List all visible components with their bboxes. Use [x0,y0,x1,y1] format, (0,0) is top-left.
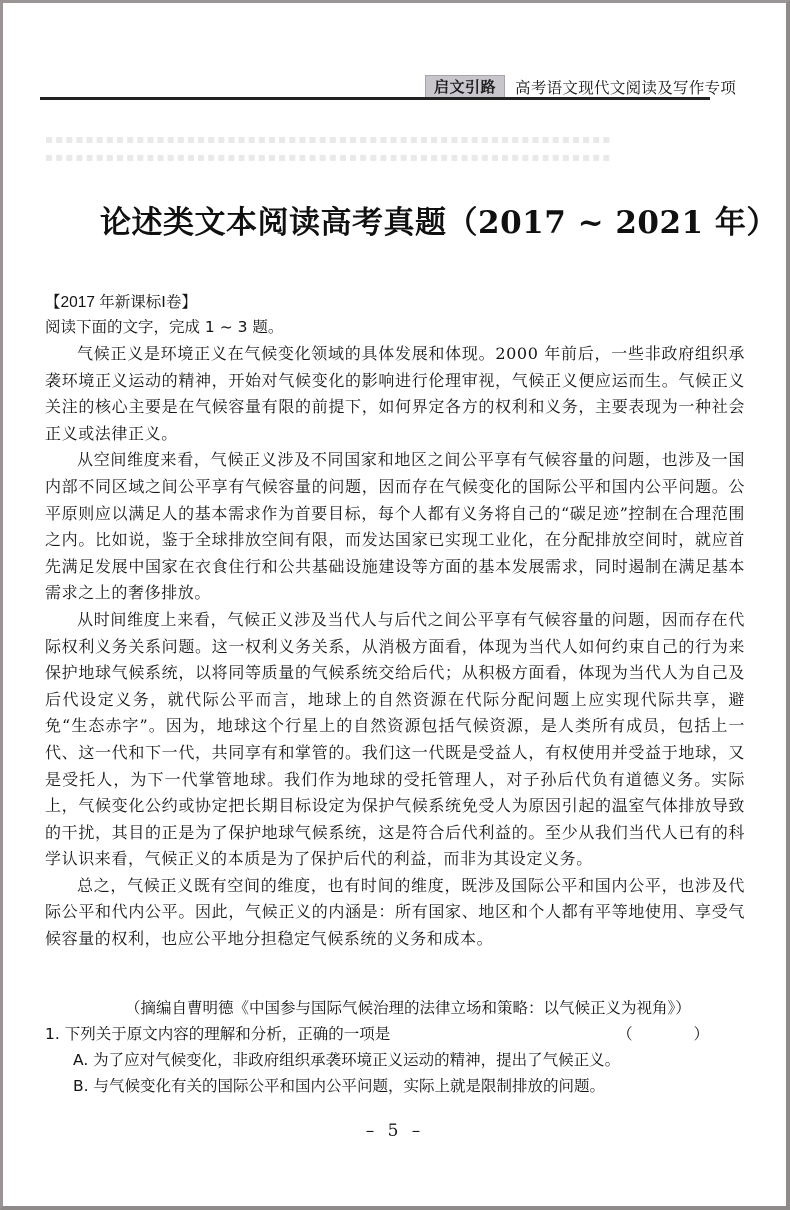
show-through-text: ▪▪▪▪▪▪▪▪▪▪▪▪▪▪▪▪▪▪▪▪▪▪▪▪▪▪▪▪▪▪▪▪▪▪▪▪▪▪▪▪… [45,132,745,144]
exam-source-tag: 【2017 年新课标Ⅰ卷】 [45,290,197,312]
question-1: 1. 下列关于原文内容的理解和分析，正确的一项是 （ ） A. 为了应对气候变化… [45,1022,745,1100]
header-rule [40,97,710,100]
show-through-text: ▪▪▪▪▪▪▪▪▪▪▪▪▪▪▪▪▪▪▪▪▪▪▪▪▪▪▪▪▪▪▪▪▪▪▪▪▪▪▪▪… [45,150,745,162]
document-title: 论述类文本阅读高考真题（2017 ~ 2021 年） [100,197,778,242]
article-citation: （摘编自曹明德《中国参与国际气候治理的法律立场和策略：以气候正义为视角》） [125,996,691,1018]
series-badge: 启文引路 [425,75,505,99]
option-b: B. 与气候变化有关的国际公平和国内公平问题，实际上就是限制排放的问题。 [45,1074,745,1100]
article-paragraph: 从时间维度上来看，气候正义涉及当代人与后代之间公平享有气候容量的问题，因而存在代… [45,607,745,873]
running-header: 启文引路 高考语文现代文阅读及写作专项 [425,75,736,99]
answer-blank: （ ） [617,1022,745,1048]
page-number: – 5 – [0,1121,790,1141]
question-stem-row: 1. 下列关于原文内容的理解和分析，正确的一项是 （ ） [45,1022,745,1048]
article-body: 气候正义是环境正义在气候变化领域的具体发展和体现。2000 年前后，一些非政府组… [45,341,745,953]
article-paragraph: 总之，气候正义既有空间的维度，也有时间的维度，既涉及国际公平和国内公平，也涉及代… [45,873,745,953]
option-a: A. 为了应对气候变化，非政府组织承袭环境正义运动的精神，提出了气候正义。 [45,1048,745,1074]
reading-instruction: 阅读下面的文字，完成 1 ~ 3 题。 [45,315,283,337]
series-title: 高考语文现代文阅读及写作专项 [515,76,736,98]
article-paragraph: 从空间维度来看，气候正义涉及不同国家和地区之间公平享有气候容量的问题，也涉及一国… [45,447,745,607]
question-stem: 1. 下列关于原文内容的理解和分析，正确的一项是 [45,1022,390,1048]
article-paragraph: 气候正义是环境正义在气候变化领域的具体发展和体现。2000 年前后，一些非政府组… [45,341,745,447]
